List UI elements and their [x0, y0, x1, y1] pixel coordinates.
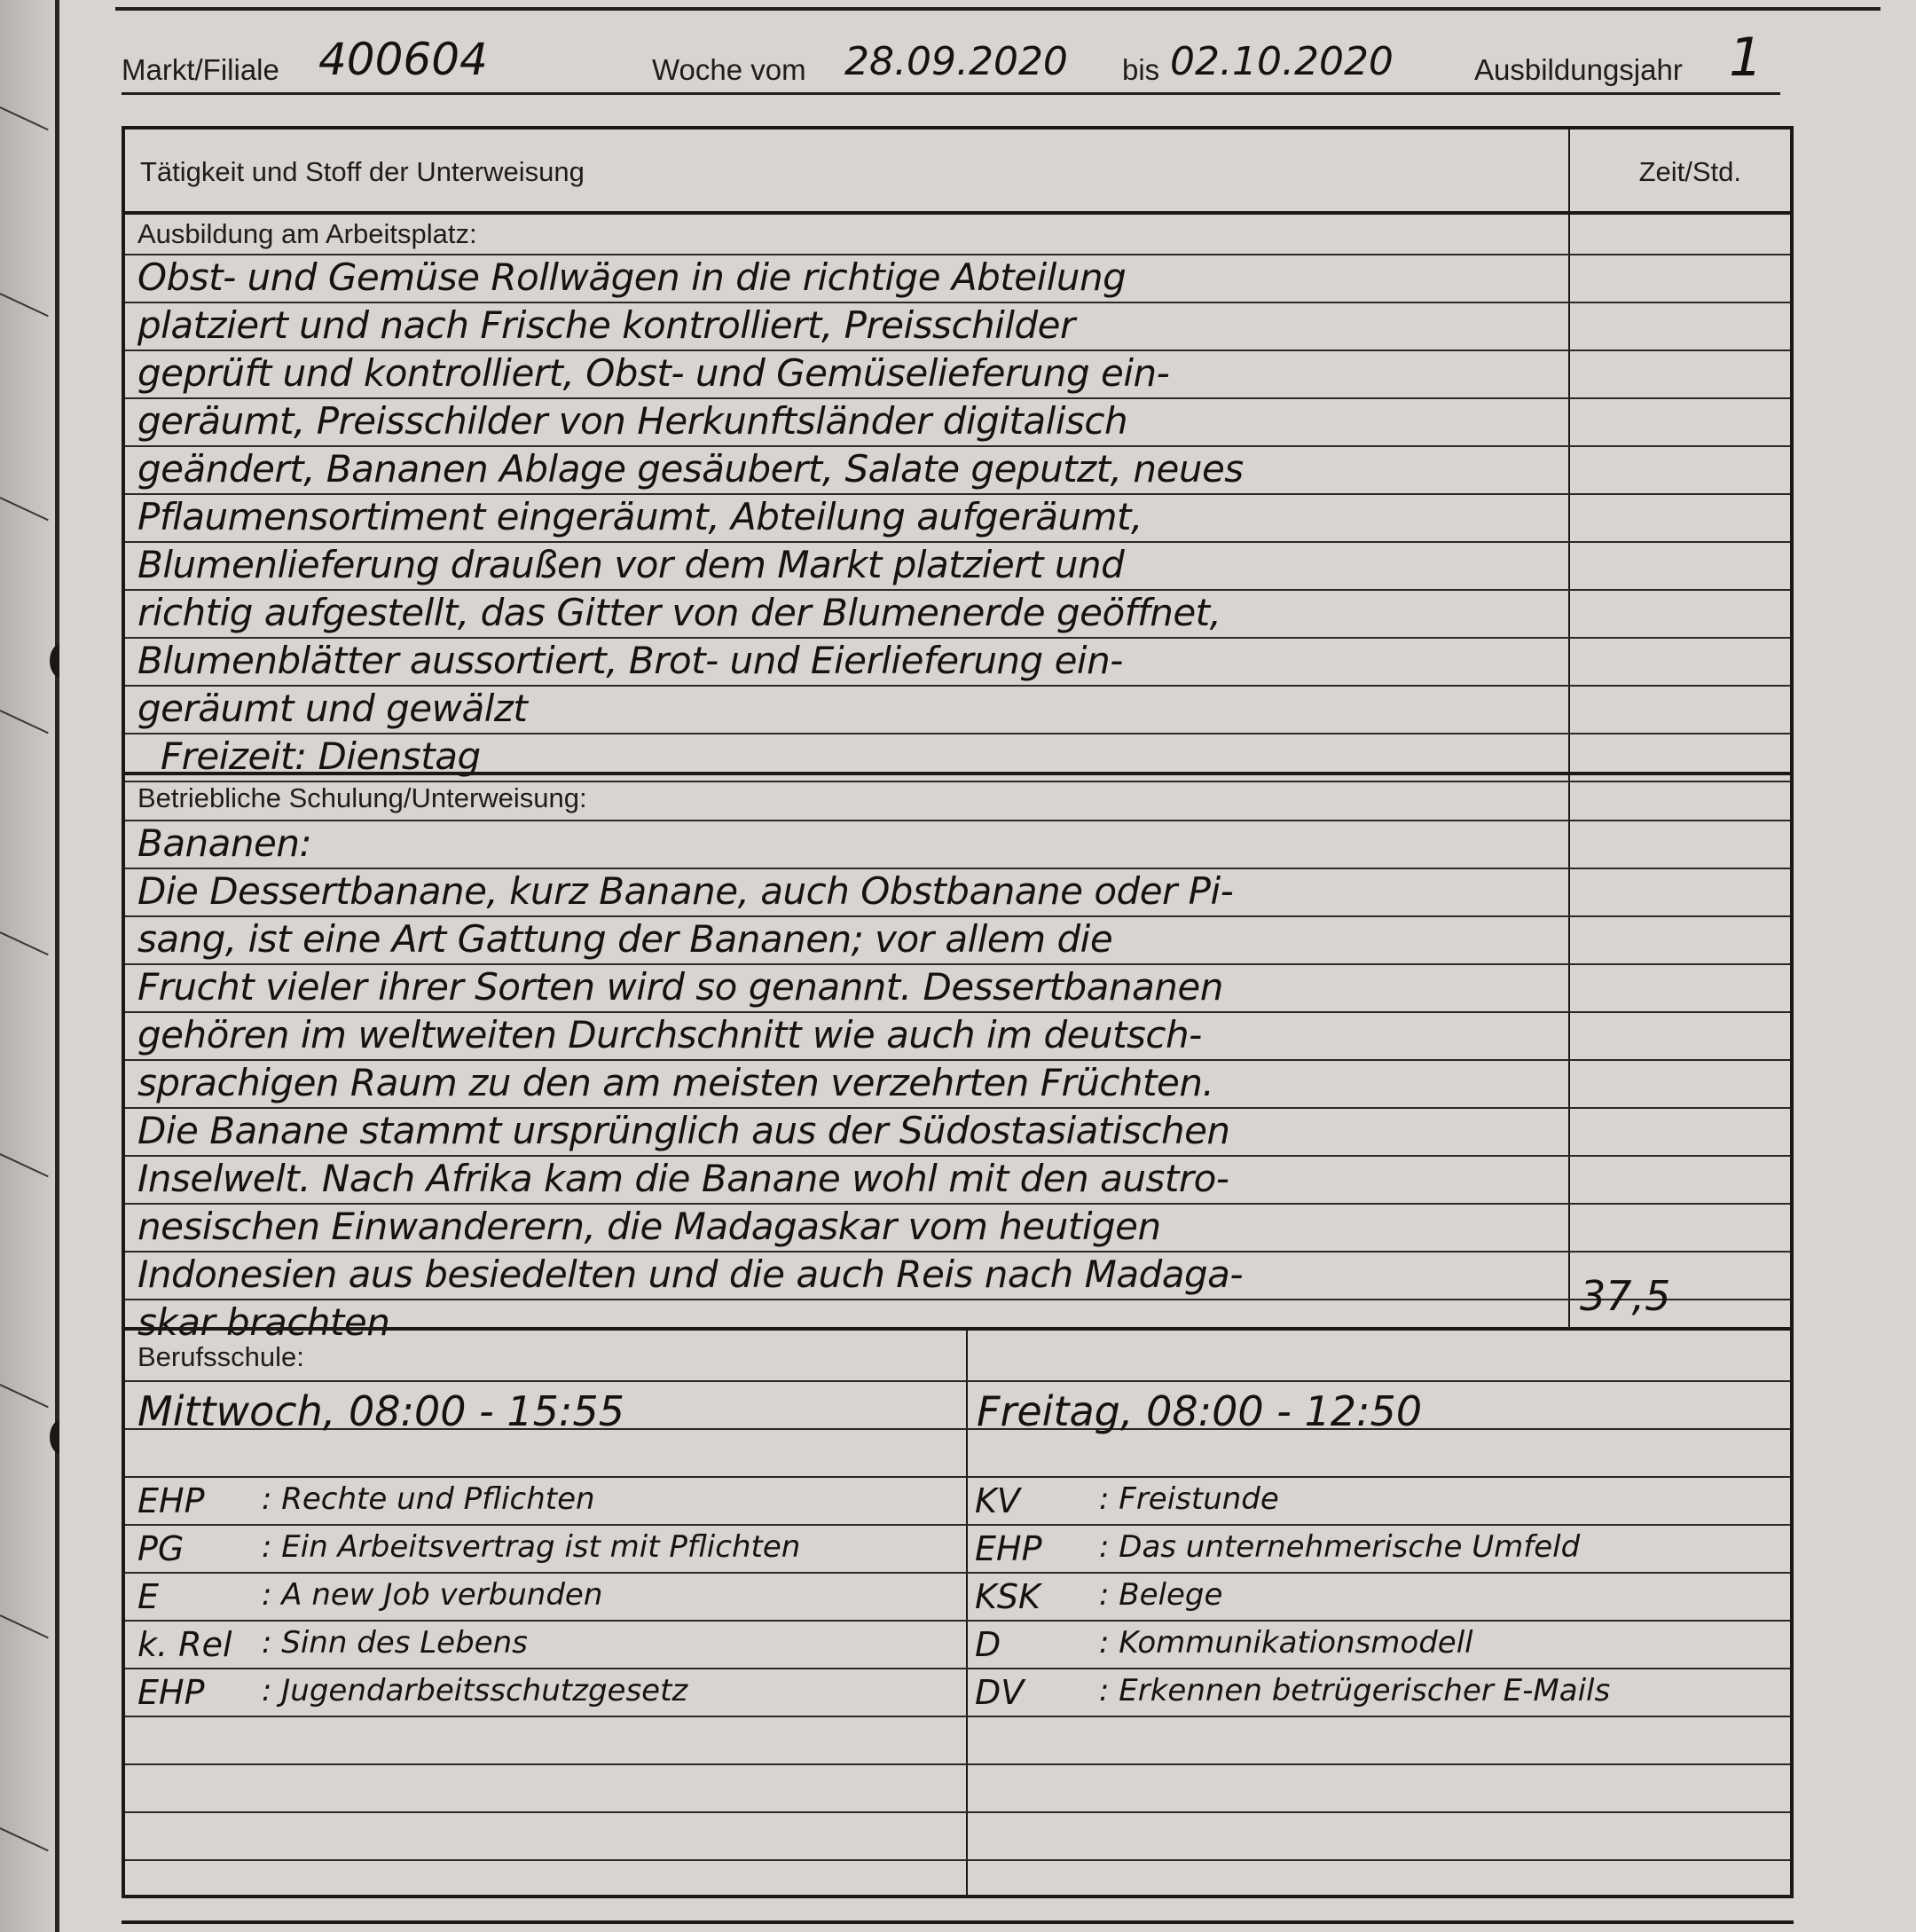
woche-from-value[interactable]: 28.09.2020 [844, 39, 1068, 84]
column-header: Tätigkeit und Stoff der Unterweisung Zei… [125, 130, 1790, 215]
handwritten-line[interactable]: sprachigen Raum zu den am meisten verzeh… [137, 1061, 1213, 1104]
subject-topic[interactable]: : Jugendarbeitsschutzgesetz [262, 1673, 687, 1708]
handwritten-line[interactable]: sang, ist eine Art Gattung der Bananen; … [137, 917, 1112, 961]
ruled-line [125, 1668, 1790, 1669]
subject-topic[interactable]: : A new Job verbunden [262, 1577, 602, 1613]
subject-code[interactable]: EHP [137, 1481, 205, 1520]
ruled-line [125, 820, 1790, 821]
ruled-line [125, 1380, 1790, 1382]
markt-value[interactable]: 400604 [318, 34, 488, 85]
school-day-right[interactable]: Freitag, 08:00 - 12:50 [977, 1387, 1422, 1435]
column-activity-label: Tätigkeit und Stoff der Unterweisung [140, 156, 585, 188]
handwritten-line[interactable]: Frucht vieler ihrer Sorten wird so genan… [137, 965, 1223, 1009]
top-rule [115, 7, 1881, 11]
handwritten-line[interactable]: Die Dessertbanane, kurz Banane, auch Obs… [137, 869, 1233, 913]
woche-to-value[interactable]: 02.10.2020 [1170, 39, 1394, 84]
handwritten-line[interactable]: Blumenlieferung draußen vor dem Markt pl… [137, 543, 1124, 586]
section-title: Ausbildung am Arbeitsplatz: [137, 218, 477, 250]
ruled-line [125, 1620, 1790, 1622]
page-curl [0, 1153, 49, 1177]
ausbildungsjahr-label: Ausbildungsjahr [1474, 53, 1683, 87]
handwritten-line[interactable]: geprüft und kontrolliert, Obst- und Gemü… [137, 351, 1169, 395]
ruled-line [125, 1859, 1790, 1861]
subject-code[interactable]: DV [975, 1673, 1024, 1712]
subject-topic[interactable]: : Rechte und Pflichten [262, 1481, 595, 1517]
ruled-line [125, 1524, 1790, 1526]
handwritten-line[interactable]: gehören im weltweiten Durchschnitt wie a… [137, 1013, 1202, 1056]
section-berufsschule: Berufsschule: Mittwoch, 08:00 - 15:55 Fr… [125, 1331, 1790, 1898]
page-curl [0, 931, 49, 955]
woche-label: Woche vom [652, 53, 806, 87]
ruled-line [125, 1763, 1790, 1765]
section-title: Betriebliche Schulung/Unterweisung: [137, 782, 587, 814]
handwritten-line[interactable]: richtig aufgestellt, das Gitter von der … [137, 591, 1221, 634]
subject-topic[interactable]: : Freistunde [1099, 1481, 1279, 1517]
handwritten-line[interactable]: Indonesien aus besiedelten und die auch … [137, 1253, 1243, 1296]
subject-code[interactable]: D [975, 1625, 1001, 1664]
section-title: Berufsschule: [137, 1341, 304, 1373]
column-time-label: Zeit/Std. [1639, 156, 1741, 188]
bottom-rule [122, 1920, 1794, 1924]
ruled-line [125, 1476, 1790, 1478]
handwritten-line[interactable]: Bananen: [137, 821, 311, 865]
subject-topic[interactable]: : Sinn des Lebens [262, 1625, 528, 1661]
subject-code[interactable]: KV [975, 1481, 1020, 1520]
handwritten-line[interactable]: nesischen Einwanderern, die Madagaskar v… [137, 1205, 1161, 1248]
report-form: Tätigkeit und Stoff der Unterweisung Zei… [122, 126, 1794, 1898]
subject-code[interactable]: EHP [137, 1673, 205, 1712]
subject-topic[interactable]: : Belege [1099, 1577, 1222, 1613]
subject-topic[interactable]: : Kommunikationsmodell [1099, 1625, 1473, 1661]
subject-code[interactable]: KSK [975, 1577, 1040, 1616]
subject-code[interactable]: EHP [975, 1529, 1042, 1568]
handwritten-line[interactable]: geändert, Bananen Ablage gesäubert, Sala… [137, 447, 1244, 491]
handwritten-line[interactable]: Blumenblätter aussortiert, Brot- und Eie… [137, 639, 1123, 682]
subject-code[interactable]: E [137, 1577, 159, 1616]
ruled-line [125, 1811, 1790, 1813]
handwritten-line[interactable]: Die Banane stammt ursprünglich aus der S… [137, 1109, 1230, 1152]
report-header: Markt/Filiale 400604 Woche vom 28.09.202… [122, 27, 1780, 93]
page-curl [0, 1827, 49, 1851]
section-schulung: Betriebliche Schulung/Unterweisung: Bana… [125, 775, 1790, 1334]
school-day-left[interactable]: Mittwoch, 08:00 - 15:55 [137, 1387, 624, 1435]
subject-topic[interactable]: : Ein Arbeitsvertrag ist mit Pflichten [262, 1529, 800, 1565]
page-curl [0, 1614, 49, 1638]
subject-code[interactable]: k. Rel [137, 1625, 232, 1664]
subject-topic[interactable]: : Erkennen betrügerischer E-Mails [1099, 1673, 1610, 1708]
page-curl [0, 106, 49, 130]
handwritten-line[interactable]: platziert und nach Frische kontrolliert,… [137, 303, 1075, 347]
ruled-line [125, 1572, 1790, 1574]
subject-code[interactable]: PG [137, 1529, 184, 1568]
previous-page-edge [0, 0, 59, 1932]
handwritten-line[interactable]: Pflaumensortiment eingeräumt, Abteilung … [137, 495, 1143, 538]
header-rule [122, 92, 1780, 95]
page-curl [0, 293, 49, 317]
page-curl [0, 497, 49, 521]
handwritten-line[interactable]: Obst- und Gemüse Rollwägen in die richti… [137, 255, 1126, 299]
handwritten-line[interactable]: geräumt und gewälzt [137, 687, 527, 730]
total-hours[interactable]: 37,5 [1580, 1272, 1670, 1320]
bis-label: bis [1122, 53, 1159, 87]
page-curl [0, 710, 49, 734]
handwritten-line[interactable]: geräumt, Preisschilder von Herkunftsländ… [137, 399, 1127, 443]
handwritten-line[interactable]: Inselwelt. Nach Afrika kam die Banane wo… [137, 1157, 1229, 1200]
ausbildungsjahr-value[interactable]: 1 [1729, 27, 1763, 89]
ruled-line [125, 1716, 1790, 1717]
page-curl [0, 1384, 49, 1408]
subject-topic[interactable]: : Das unternehmerische Umfeld [1099, 1529, 1580, 1565]
markt-label: Markt/Filiale [122, 53, 279, 87]
